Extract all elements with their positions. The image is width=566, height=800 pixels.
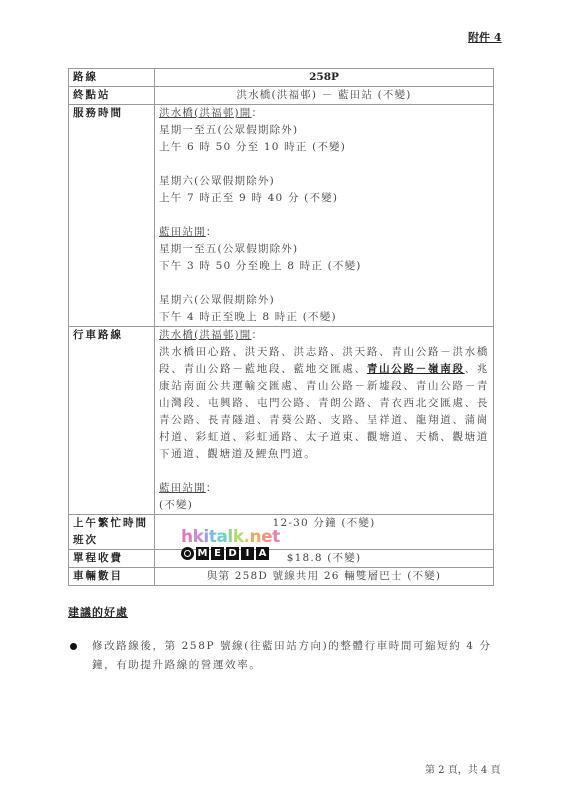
routing-inbound-heading: 藍田站開：: [159, 480, 489, 497]
termini-label: 終點站: [69, 87, 155, 105]
termini-value: 洪水橋(洪福邨) － 藍田站 (不變): [155, 87, 494, 105]
table-row-frequency: 上午繁忙時間班次 12-30 分鐘 (不變): [69, 515, 494, 550]
annex-label: 附件 4: [468, 29, 501, 45]
frequency-label: 上午繁忙時間班次: [69, 515, 155, 550]
weekday-outbound-time: 上午 6 時 50 分至 10 時正 (不變): [159, 139, 489, 156]
benefits-heading: 建議的好處: [68, 604, 128, 620]
saturday-outbound: 星期六(公眾假期除外): [159, 173, 489, 190]
routing-outbound-text: 洪水橋田心路、洪天路、洪志路、洪天路、青山公路－洪水橋段、青山公路－藍地段、藍地…: [159, 344, 489, 463]
table-row-routing: 行車路線 洪水橋(洪福邨)開： 洪水橋田心路、洪天路、洪志路、洪天路、青山公路－…: [69, 327, 494, 515]
routing-inbound-text: (不變): [159, 497, 489, 514]
routing-outbound-heading: 洪水橋(洪福邨)開：: [159, 327, 489, 344]
service-hours-value: 洪水橋(洪福邨)開： 星期一至五(公眾假期除外) 上午 6 時 50 分至 10…: [155, 105, 494, 327]
routing-label: 行車路線: [69, 327, 155, 515]
table-row-route: 路線 258P: [69, 69, 494, 87]
frequency-value: 12-30 分鐘 (不變): [155, 515, 494, 550]
amended-section: 青山公路－嶺南段: [367, 363, 465, 375]
route-number: 258P: [155, 69, 494, 87]
page-number: 第 2 頁，共 4 頁: [425, 761, 500, 776]
fleet-value: 與第 258D 號線共用 26 輛雙層巴士 (不變): [155, 568, 494, 586]
route-details-table: 路線 258P 終點站 洪水橋(洪福邨) － 藍田站 (不變) 服務時間 洪水橋…: [68, 68, 494, 586]
inbound-heading: 藍田站開：: [159, 224, 489, 241]
weekday-inbound: 星期一至五(公眾假期除外): [159, 241, 489, 258]
benefit-list-item: 修改路線後，第 258P 號線(往藍田站方向)的整體行車時間可縮短約 4 分鐘，…: [68, 637, 494, 675]
fare-value: $18.8 (不變): [155, 550, 494, 568]
weekday-inbound-time: 下午 3 時 50 分至晚上 8 時正 (不變): [159, 258, 489, 275]
table-row-fare: 單程收費 $18.8 (不變): [69, 550, 494, 568]
benefit-text: 修改路線後，第 258P 號線(往藍田站方向)的整體行車時間可縮短約 4 分鐘，…: [92, 637, 494, 675]
bullet-icon: [70, 643, 77, 650]
saturday-inbound-time: 下午 4 時正至晚上 8 時正 (不變): [159, 309, 489, 326]
table-row-fleet: 車輛數目 與第 258D 號線共用 26 輛雙層巴士 (不變): [69, 568, 494, 586]
saturday-inbound: 星期六(公眾假期除外): [159, 292, 489, 309]
weekday-outbound: 星期一至五(公眾假期除外): [159, 122, 489, 139]
route-label: 路線: [69, 69, 155, 87]
routing-value: 洪水橋(洪福邨)開： 洪水橋田心路、洪天路、洪志路、洪天路、青山公路－洪水橋段、…: [155, 327, 494, 515]
outbound-heading: 洪水橋(洪福邨)開：: [159, 105, 489, 122]
fare-label: 單程收費: [69, 550, 155, 568]
table-row-termini: 終點站 洪水橋(洪福邨) － 藍田站 (不變): [69, 87, 494, 105]
table-row-service-hours: 服務時間 洪水橋(洪福邨)開： 星期一至五(公眾假期除外) 上午 6 時 50 …: [69, 105, 494, 327]
fleet-label: 車輛數目: [69, 568, 155, 586]
service-hours-label: 服務時間: [69, 105, 155, 327]
saturday-outbound-time: 上午 7 時正至 9 時 40 分 (不變): [159, 190, 489, 207]
